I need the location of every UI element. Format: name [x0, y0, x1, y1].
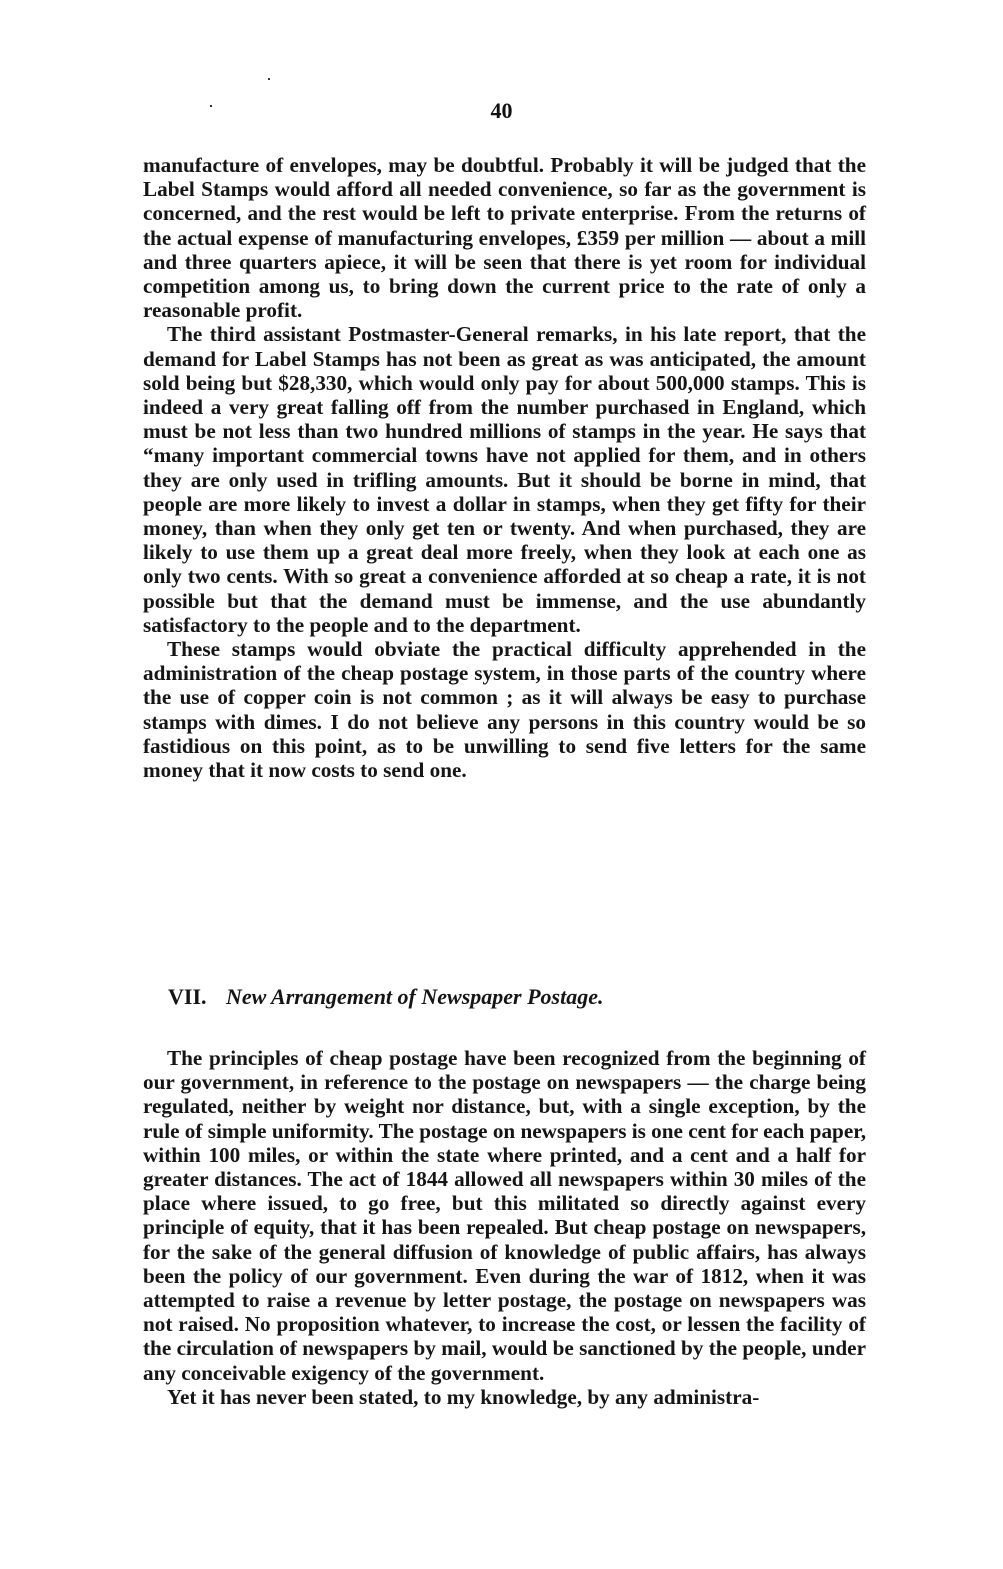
body-text-upper: manufacture of envelopes, may be doubtfu…: [143, 153, 866, 782]
paragraph: The principles of cheap postage have bee…: [143, 1046, 866, 1385]
paragraph: The third assistant Postmaster-General r…: [143, 322, 866, 637]
page-number: 40: [0, 98, 1003, 124]
body-text-lower: The principles of cheap postage have bee…: [143, 1046, 866, 1409]
section-heading: VII. New Arrangement of Newspaper Postag…: [168, 984, 603, 1010]
scan-speck: [268, 78, 270, 80]
paragraph-continued: manufacture of envelopes, may be doubtfu…: [143, 153, 866, 322]
paragraph: These stamps would obviate the practical…: [143, 637, 866, 782]
paragraph: Yet it has never been stated, to my know…: [143, 1385, 866, 1409]
section-title: New Arrangement of Newspaper Postage.: [226, 984, 603, 1009]
section-number: VII.: [168, 984, 207, 1009]
